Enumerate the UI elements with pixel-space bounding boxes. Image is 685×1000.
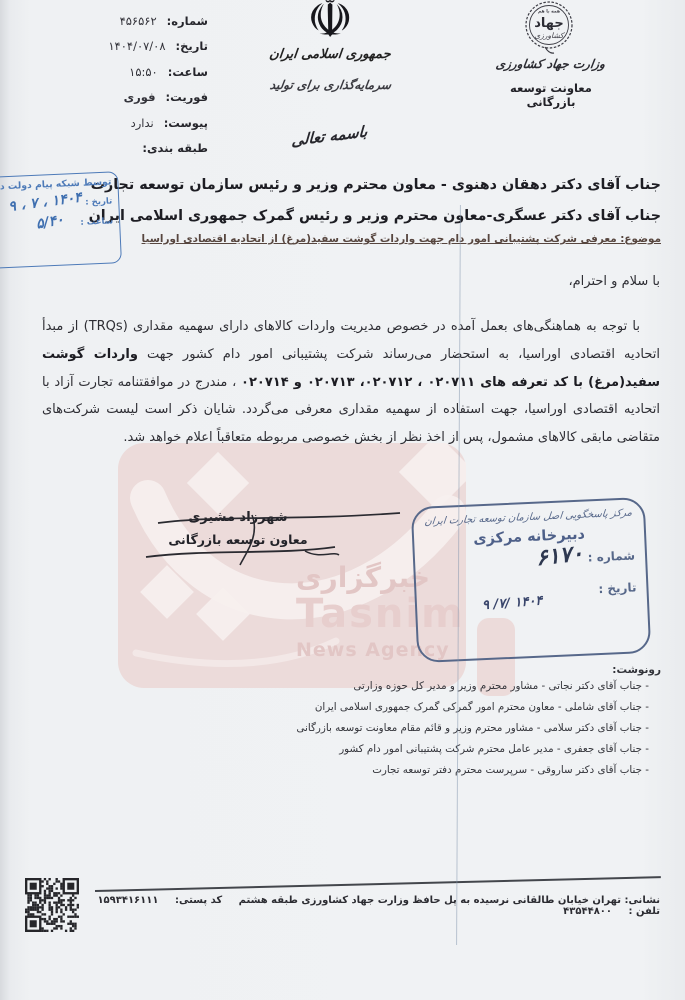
date-label: تاریخ: [176, 39, 208, 53]
qr-code [25, 876, 79, 934]
meta-fields: شماره: ۴۵۶۵۶۲ تاریخ: ۱۴۰۴/۰۷/۰۸ ساعت: ۱۵… [6, 8, 208, 161]
stamp-date-handwriting: ۱۴۰۴ /۷/ ۹ [481, 594, 542, 614]
svg-text:کشاورزی: کشاورزی [534, 31, 566, 40]
meta-row-date: تاریخ: ۱۴۰۴/۰۷/۰۸ [6, 34, 208, 60]
cc-item: - جناب آقای دکتر نجاتی - مشاور محترم وزی… [21, 676, 661, 697]
cc-item: - جناب آقای دکتر سلامی - مشاور محترم وزی… [21, 718, 661, 739]
meta-row-time: ساعت: ۱۵:۵۰ [6, 59, 208, 85]
stamp-number-row: شماره : ۶۱۷۰ [425, 548, 635, 571]
received-stamp: توسط شبکه پیام دولت دریافت شد تاریخ : ۱۴… [0, 171, 122, 269]
deputy-title: معاونت توسعه بازرگانی [486, 81, 616, 109]
secretariat-stamp: مرکز پاسخگویی اصل سازمان توسعه تجارت ایر… [411, 497, 652, 663]
footer-address: نشانی: تهران خیابان طالقانی نرسیده به پل… [239, 895, 660, 906]
cc-label: رونوشت: [21, 664, 661, 676]
stamp-org-line: مرکز پاسخگویی اصل سازمان توسعه تجارت ایر… [423, 507, 634, 527]
jahad-keshavarzi-logo-icon: همه با هم جهاد کشاورزی [512, 0, 586, 56]
meta-row-urgency: فوریت: فوری [6, 85, 208, 111]
footer-address-line: نشانی: تهران خیابان طالقانی نرسیده به پل… [60, 895, 660, 917]
received-time-label: ساعت : [80, 216, 113, 227]
classification-label: طبقه بندی: [142, 141, 208, 155]
stamp-number-label: شماره : [587, 548, 635, 564]
signature-scribble [140, 505, 440, 585]
country-title: جمهوری اسلامی ایران [249, 47, 411, 62]
received-stamp-text: توسط شبکه پیام دولت دریافت شد [0, 176, 112, 192]
received-stamp-date-row: تاریخ : ۱۴۰۴ ، ۷ ، ۹ [0, 191, 113, 212]
svg-text:همه با هم: همه با هم [538, 10, 560, 15]
recipient-line-1: جناب آقای دکتر دهقان دهنوی - معاون محترم… [25, 170, 661, 201]
iran-emblem-icon: ☫ [300, 0, 360, 46]
cc-list: - جناب آقای دکتر نجاتی - مشاور محترم وزی… [21, 676, 661, 781]
footer-postal: کد پستی: ۱۵۹۳۴۱۶۱۱۱ [84, 895, 222, 906]
ministry-title: وزارت جهاد کشاورزی [477, 57, 624, 71]
cc-item: - جناب آقای دکتر ساروقی - سرپرست محترم د… [21, 760, 661, 781]
received-date-handwriting: ۱۴۰۴ ، ۷ ، ۹ [8, 190, 83, 215]
stamp-office-line: دبیرخانه مرکزی [424, 524, 634, 549]
time-value: ۱۵:۵۰ [129, 65, 158, 79]
cc-block: رونوشت: - جناب آقای دکتر نجاتی - مشاور م… [21, 664, 661, 781]
scanned-letter-page: شماره: ۴۵۶۵۶۲ تاریخ: ۱۴۰۴/۰۷/۰۸ ساعت: ۱۵… [0, 0, 685, 1000]
meta-row-attachment: پیوست: ندارد [6, 110, 208, 136]
salutation: با سلام و احترام، [460, 274, 660, 289]
date-value: ۱۴۰۴/۰۷/۰۸ [108, 39, 165, 53]
body-paragraph: با توجه به هماهنگی‌های بعمل آمده در خصوص… [42, 313, 660, 452]
meta-row-number: شماره: ۴۵۶۵۶۲ [6, 8, 208, 34]
attachment-value: ندارد [131, 116, 154, 130]
attachment-label: پیوست: [164, 116, 208, 130]
urgency-value: فوری [124, 90, 156, 104]
received-date-label: تاریخ : [85, 196, 112, 207]
number-value: ۴۵۶۵۶۲ [120, 14, 157, 28]
number-label: شماره: [167, 14, 208, 28]
footer-phone: تلفن : ۴۳۵۴۴۸۰۰ [550, 906, 660, 917]
bismillah-calligraphy: باسمه تعالی [282, 121, 377, 151]
footer-rule [95, 876, 661, 892]
cc-item: - جناب آقای شاملی - معاون محترم امور گمر… [21, 697, 661, 718]
meta-row-classification: طبقه بندی: [6, 136, 208, 162]
stamp-number-handwriting: ۶۱۷۰ [534, 541, 584, 571]
stamp-date-label: تاریخ : [598, 580, 637, 596]
urgency-label: فوریت: [166, 90, 208, 104]
time-label: ساعت: [168, 65, 208, 79]
cc-item: - جناب آقای جعفری - مدیر عامل محترم شرکت… [21, 739, 661, 760]
received-time-handwriting: ۵/۴۰ [35, 212, 65, 233]
year-slogan: سرمایه‌گذاری برای تولید [237, 78, 424, 92]
recipient-block: جناب آقای دکتر دهقان دهنوی - معاون محترم… [25, 170, 661, 232]
received-stamp-time-row: ساعت : ۵/۴۰ [0, 211, 113, 232]
svg-text:جهاد: جهاد [534, 16, 564, 31]
